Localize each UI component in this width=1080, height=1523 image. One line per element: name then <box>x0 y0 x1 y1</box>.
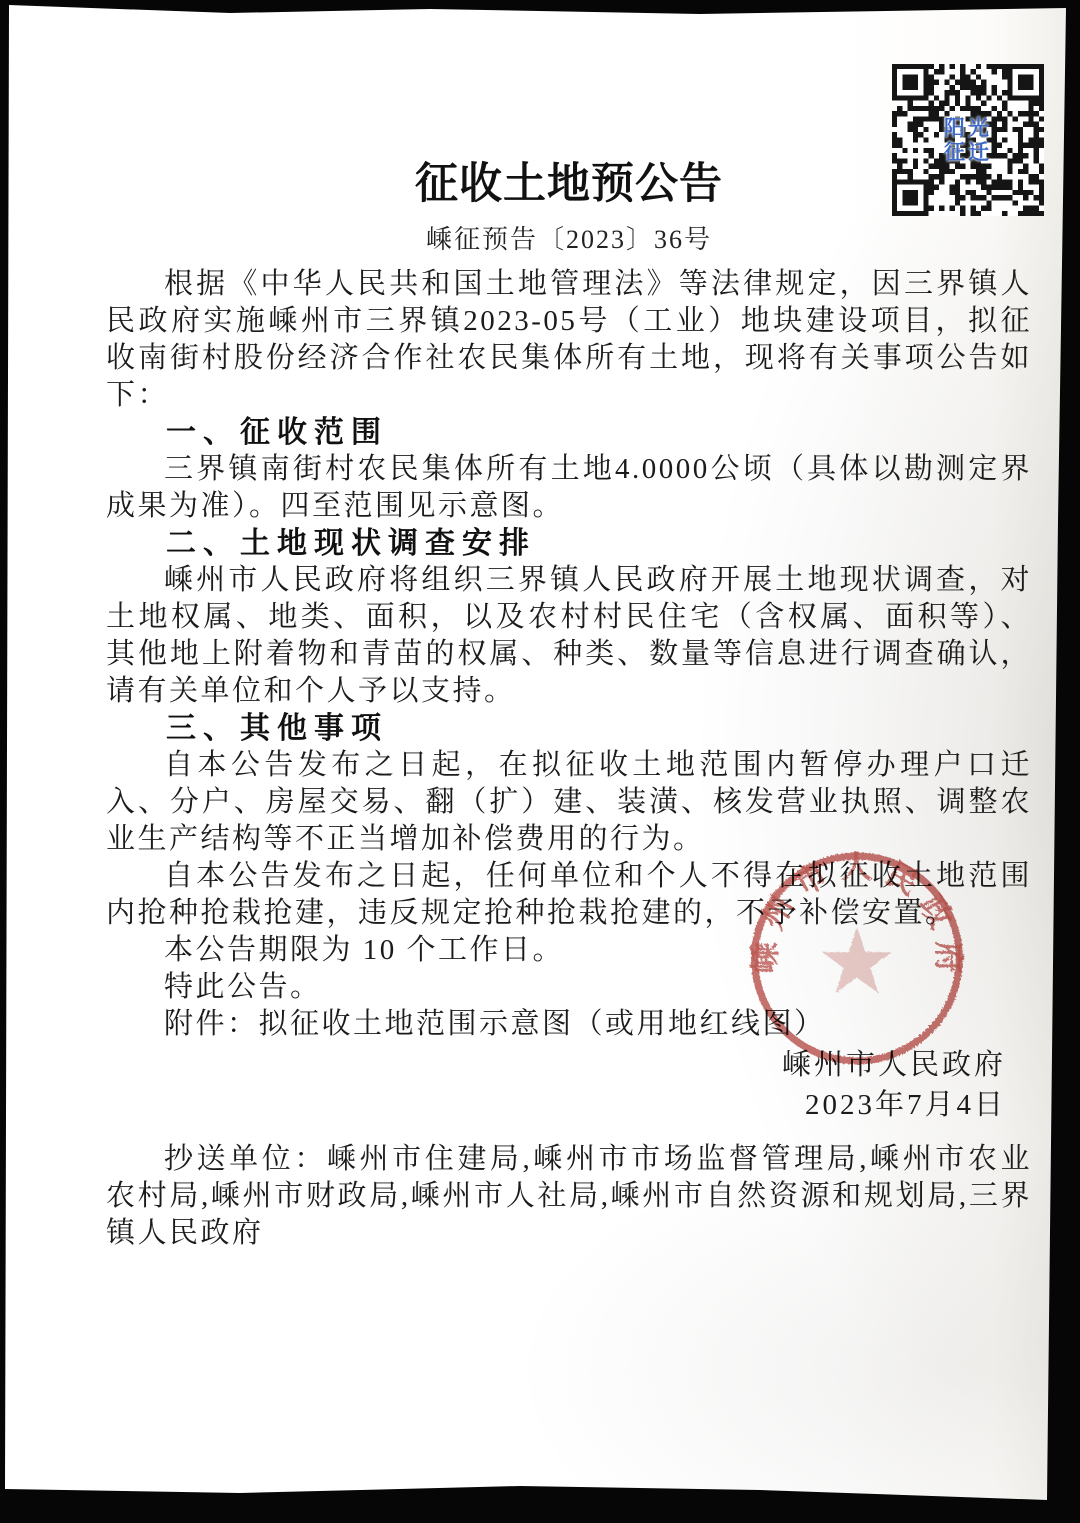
document-page: 征收土地预公告 嵊征预告〔2023〕36号 根据《中华人民共和国土地管理法》等法… <box>0 0 1080 1523</box>
qr-code: 阳光 征迁 <box>892 64 1044 216</box>
section-2-paragraph: 嵊州市人民政府将组织三界镇人民政府开展土地现状调查，对土地权属、地类、面积，以及… <box>106 562 1032 710</box>
issuer-name: 嵊州市人民政府 <box>106 1045 1006 1085</box>
section-3-paragraph-2: 自本公告发布之日起，任何单位和个人不得在拟征收土地范围内抢种抢栽抢建，违反规定抢… <box>106 858 1032 932</box>
section-1-heading: 一、征收范围 <box>106 414 1032 451</box>
document-content: 征收土地预公告 嵊征预告〔2023〕36号 根据《中华人民共和国土地管理法》等法… <box>0 150 1080 1252</box>
section-1-paragraph: 三界镇南街村农民集体所有土地4.0000公顷（具体以勘测定界成果为准）。四至范围… <box>106 451 1032 525</box>
qr-overlay-line1: 阳光 <box>944 116 992 140</box>
section-2-heading: 二、土地现状调查安排 <box>106 525 1032 562</box>
attachment-line: 附件：拟征收土地范围示意图（或用地红线图） <box>106 1006 1032 1043</box>
hereby-announce-line: 特此公告。 <box>106 969 1032 1006</box>
section-3-heading: 三、其他事项 <box>106 710 1032 747</box>
signature-block: 嵊州市人民政府 2023年7月4日 <box>106 1045 1032 1125</box>
issue-date: 2023年7月4日 <box>106 1085 1006 1125</box>
qr-overlay-line2: 征迁 <box>944 140 992 164</box>
section-3-paragraph-1: 自本公告发布之日起，在拟征收土地范围内暂停办理户口迁入、分户、房屋交易、翻（扩）… <box>106 747 1032 858</box>
scan-background: { "document": { "title": "征收土地预公告", "doc… <box>0 0 1080 1523</box>
intro-paragraph: 根据《中华人民共和国土地管理法》等法律规定，因三界镇人民政府实施嵊州市三界镇20… <box>106 266 1032 414</box>
document-number: 嵊征预告〔2023〕36号 <box>106 219 1032 256</box>
notice-period-line: 本公告期限为 10 个工作日。 <box>106 932 1032 969</box>
cc-paragraph: 抄送单位：嵊州市住建局,嵊州市市场监督管理局,嵊州市农业农村局,嵊州市财政局,嵊… <box>106 1141 1032 1252</box>
qr-overlay-text: 阳光 征迁 <box>892 64 1044 216</box>
